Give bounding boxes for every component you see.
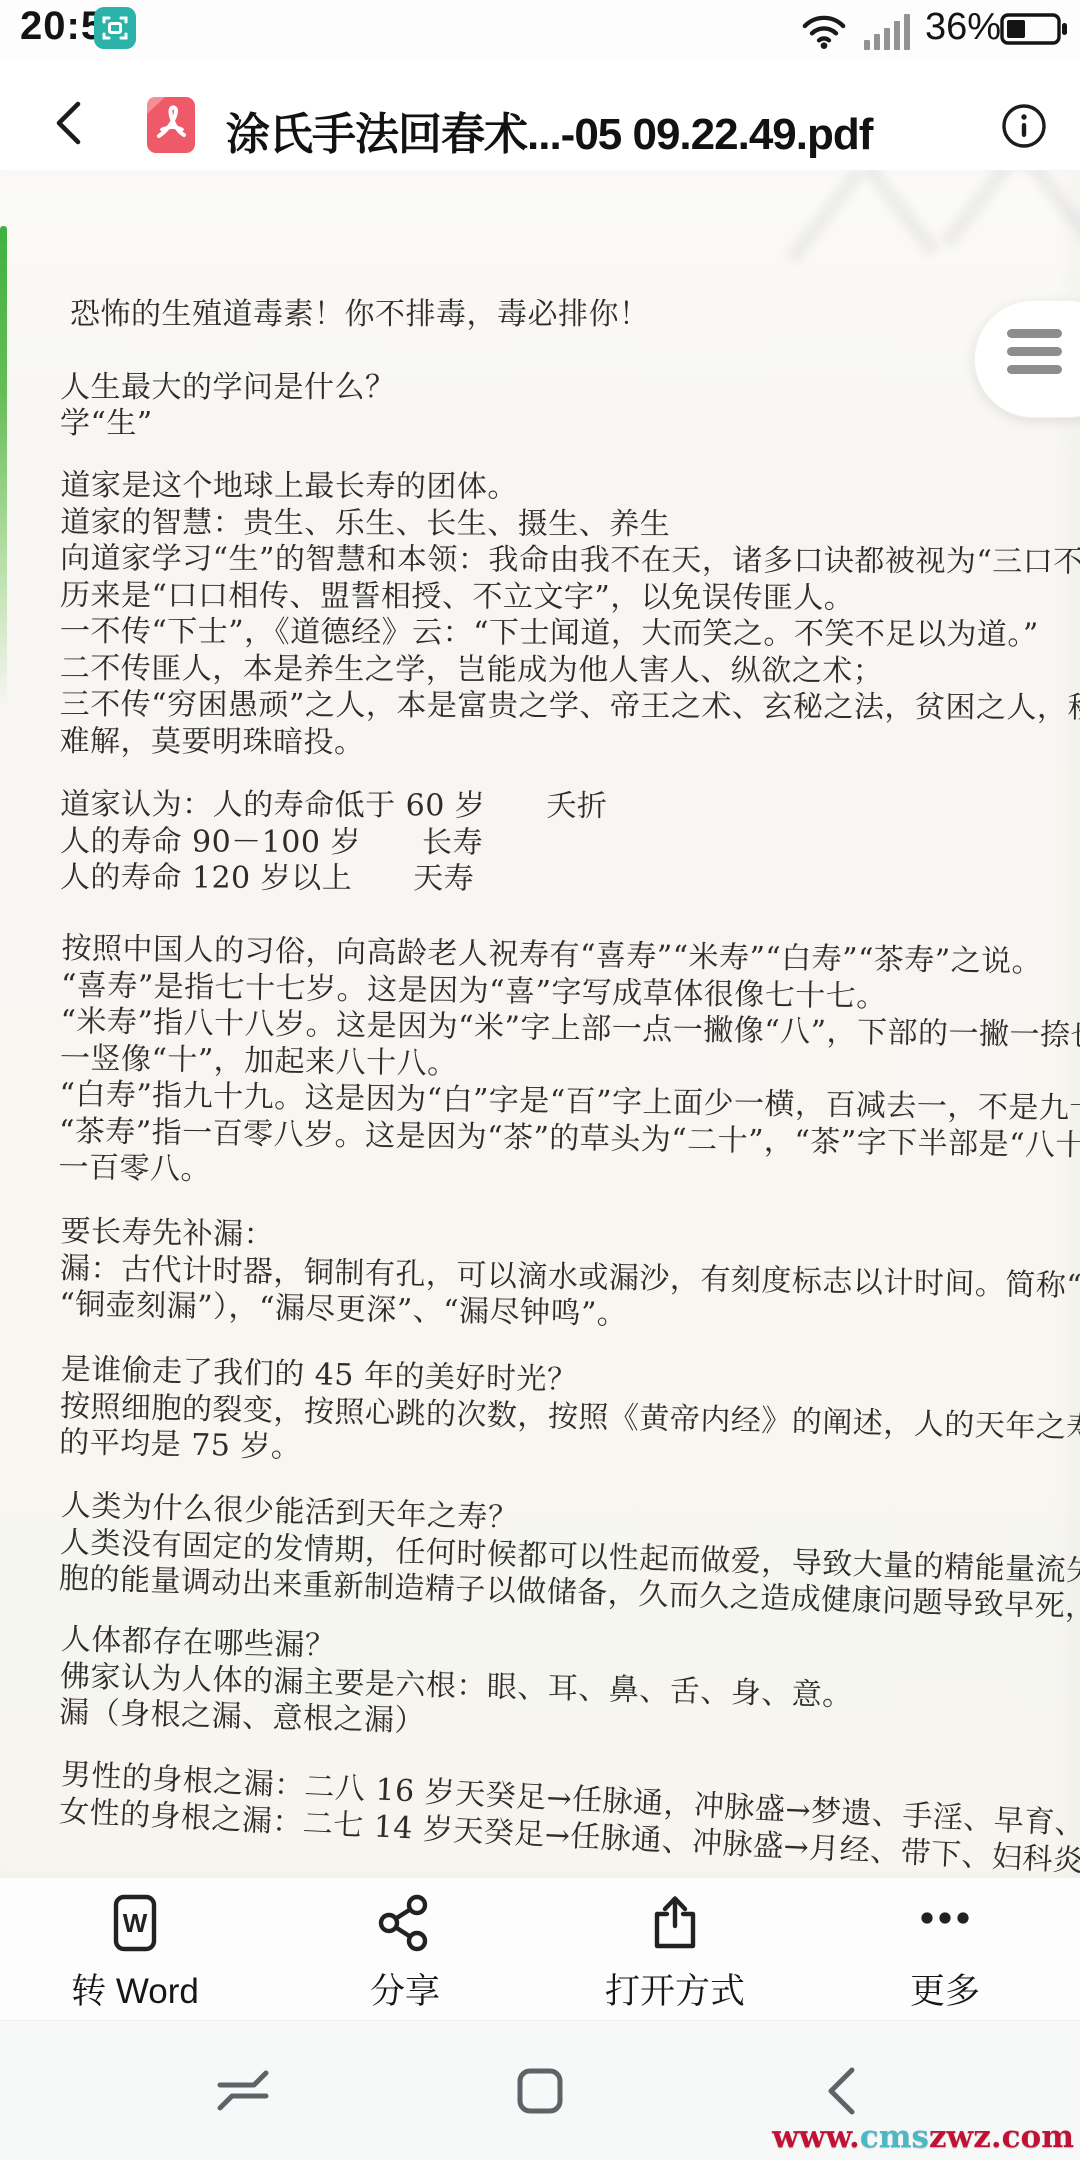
paragraph: 人生最大的学问是什么？学“生”: [60, 370, 1080, 443]
open-with-button[interactable]: 打开方式: [540, 1878, 810, 2020]
back-button[interactable]: [54, 100, 84, 151]
paragraph: 恐怖的生殖道毒素！你不排毒，毒必排你！: [60, 297, 1080, 334]
recents-swap-icon: [212, 2104, 274, 2121]
share-icon: [376, 1892, 434, 1954]
toolbar-label: 打开方式: [605, 1964, 745, 2014]
share-button[interactable]: 分享: [270, 1878, 540, 2020]
toolbar-label: 更多: [910, 1964, 980, 2014]
signal-bars-icon: [862, 10, 914, 57]
back-nav-button[interactable]: [822, 2065, 860, 2122]
info-button[interactable]: [1000, 102, 1048, 155]
file-header: 涂氏手法回春术...-05 09.22.49.pdf: [0, 62, 1080, 170]
floating-menu-button[interactable]: [974, 300, 1080, 418]
pdf-file-icon: [146, 96, 196, 159]
word-convert-icon: W: [108, 1892, 162, 1954]
paragraph: 男性的身根之漏：二八 16 岁天癸足→任脉通，冲脉盛→梦遗、手淫、早育、性行为。…: [58, 1757, 1080, 1878]
battery-percent: 36%: [925, 6, 1001, 49]
paragraph: 人类为什么很少能活到天年之寿？人类没有固定的发情期，任何时候都可以性起而做爱，导…: [58, 1488, 1080, 1626]
convert-to-word-button[interactable]: W 转 Word: [0, 1878, 270, 2020]
android-nav-bar: www.cmszwz.com: [0, 2020, 1080, 2160]
paragraph: 道家是这个地球上最长寿的团体。道家的智慧：贵生、乐生、长生、摄生、养生向道家学习…: [59, 468, 1080, 764]
more-button[interactable]: 更多: [810, 1878, 1080, 2020]
battery-icon: [1000, 12, 1068, 51]
svg-text:W: W: [123, 1908, 148, 1938]
page-title: 涂氏手法回春术...-05 09.22.49.pdf: [226, 98, 986, 162]
open-with-icon: [648, 1892, 702, 1954]
watermark: www.cmszwz.com: [772, 2119, 1074, 2155]
paragraph: 是谁偷走了我们的 45 年的美好时光？按照细胞的裂变，按照心跳的次数，按照《黄帝…: [59, 1352, 1080, 1483]
status-bar: 20:56: [0, 0, 1080, 62]
pdf-page-view[interactable]: 恐怖的生殖道毒素！你不排毒，毒必排你！人生最大的学问是什么？学“生”道家是这个地…: [0, 170, 1080, 1878]
screenshot-crop-icon: [94, 7, 136, 49]
more-dots-icon: [916, 1892, 974, 1954]
wifi-icon: [800, 11, 848, 56]
home-button[interactable]: [514, 2065, 566, 2122]
paragraph: 要长寿先补漏：漏：古代计时器，铜制有孔，可以滴水或漏沙，有刻度标志以计时间。简称…: [59, 1214, 1080, 1341]
action-toolbar: W 转 Word 分享 打开方式: [0, 1878, 1080, 2020]
document-text: 恐怖的生殖道毒素！你不排毒，毒必排你！人生最大的学问是什么？学“生”道家是这个地…: [0, 170, 1080, 1830]
paragraph: 按照中国人的习俗，向高龄老人祝寿有“喜寿”“米寿”“白寿”“茶寿”之说。“喜寿”…: [58, 931, 1080, 1201]
home-icon: [514, 2104, 566, 2121]
paragraph: 道家认为：人的寿命低于 60 岁 夭折人的寿命 90－100 岁 长寿人的寿命 …: [60, 787, 1080, 900]
toolbar-label: 分享: [370, 1964, 440, 2014]
paragraph: 人体都存在哪些漏？佛家认为人体的漏主要是六根：眼、耳、鼻、舌、身、意。漏（身根之…: [59, 1622, 1080, 1756]
recents-button[interactable]: [212, 2065, 274, 2122]
toolbar-label: 转 Word: [71, 1964, 199, 2014]
